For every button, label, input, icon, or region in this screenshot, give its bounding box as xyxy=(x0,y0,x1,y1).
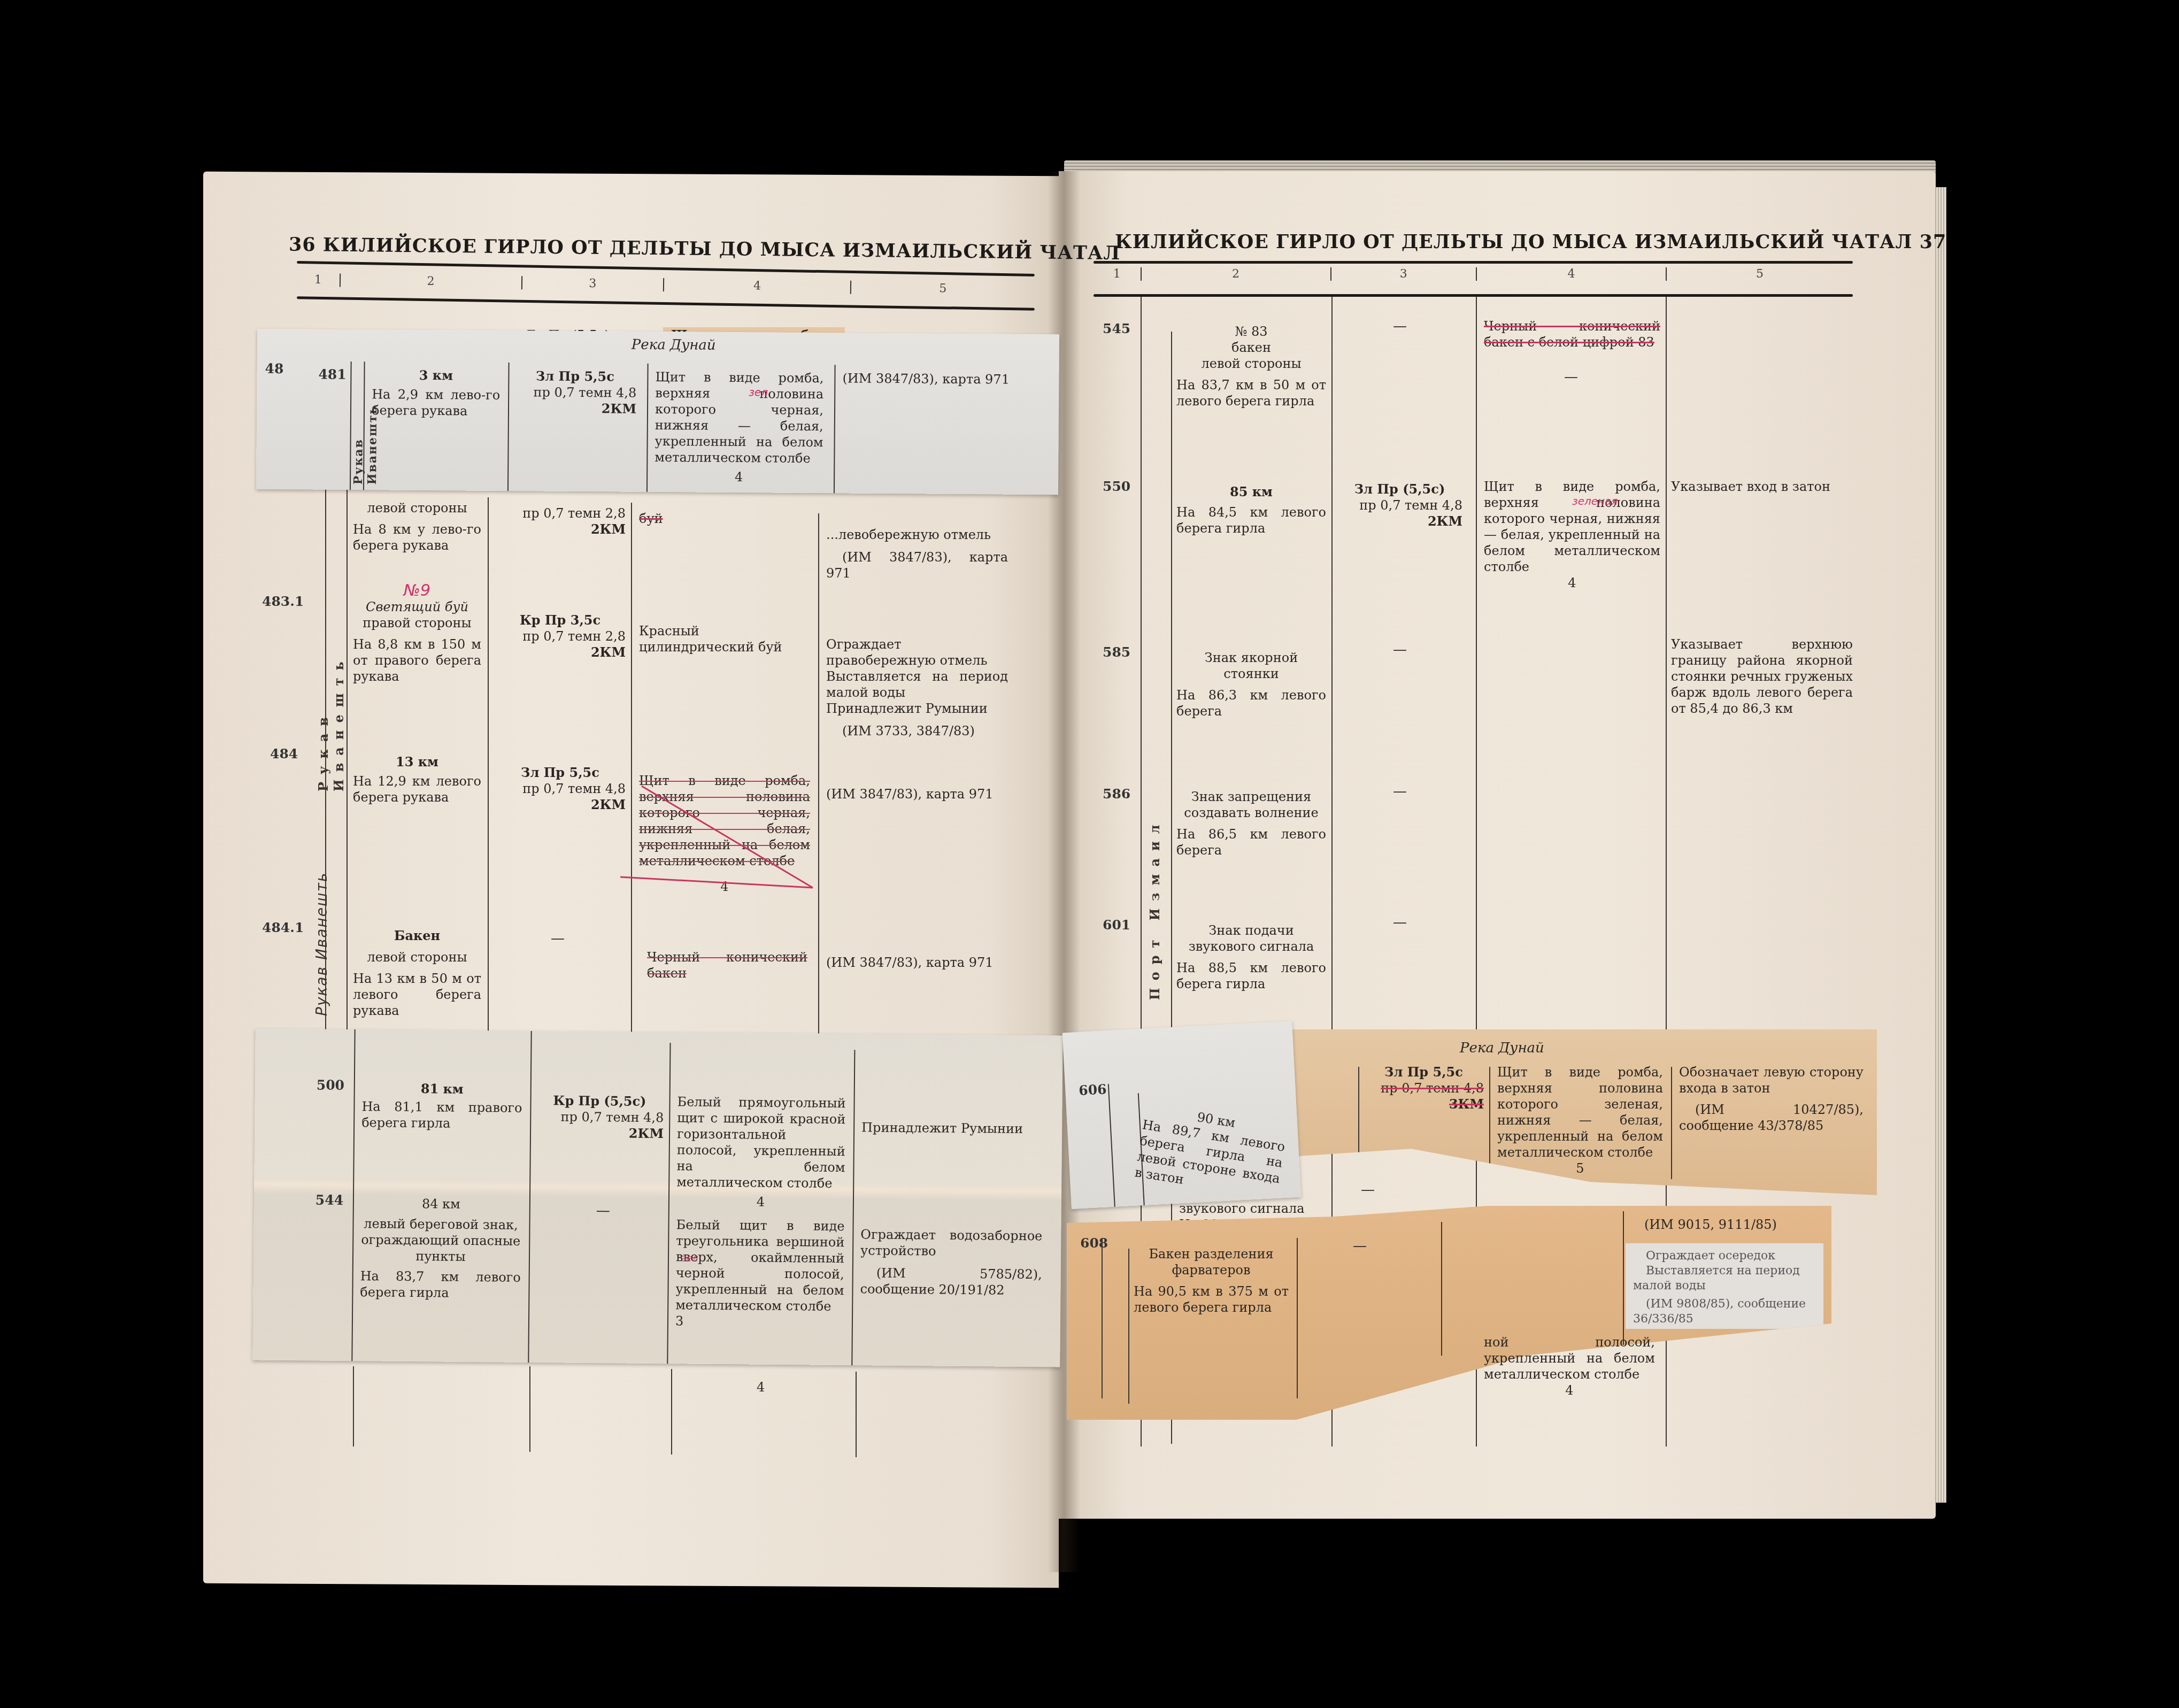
entry-550-c2: 85 км На 84,5 км левого берега гирла xyxy=(1176,484,1326,536)
entry-586-c2: Знак запрещения создавать волнение На 86… xyxy=(1176,789,1326,858)
col-num: 1 xyxy=(297,273,340,287)
col-num: 4 xyxy=(1476,267,1666,281)
text: На 12,9 км левого берега рукава xyxy=(353,773,481,805)
header-rule-bottom xyxy=(1094,294,1853,297)
text: Ограждает правобережную отмель xyxy=(826,636,1008,668)
text: Выставляется на период малой воды xyxy=(826,668,1008,701)
entry-500-c4: Белый прямоугольный щит с широкой красно… xyxy=(676,1094,846,1211)
strip-entry-c5: (ИМ 3847/83), карта 971 xyxy=(842,370,1051,388)
entry-545-c2: № 83 бакен левой стороны На 83,7 км в 50… xyxy=(1176,324,1326,409)
col-num: 2 xyxy=(1141,267,1330,281)
col-line xyxy=(834,365,836,493)
text: На 90,5 км в 375 м от левого берега гирл… xyxy=(1134,1283,1289,1315)
text: 2КМ xyxy=(495,797,626,813)
entry-number: 606 xyxy=(1079,1081,1107,1098)
col-line xyxy=(1441,1222,1442,1356)
row-cont-c2: левой стороны На 8 км у лево-го берега р… xyxy=(353,500,481,553)
text: На 83,7 км в 50 м от левого берега гирла xyxy=(1176,377,1326,409)
text: Черный конический бакен с белой цифрой 8… xyxy=(1484,319,1660,350)
text: Знак подачи звукового сигнала xyxy=(1176,922,1326,955)
text: 3 xyxy=(675,1313,844,1330)
text: 4 xyxy=(655,468,823,486)
text: На 2,9 км лево-го берега рукава xyxy=(372,386,500,419)
entry-500-c3: Кр Пр (5,5с) пр 0,7 темн 4,8 2КМ xyxy=(535,1092,664,1142)
annotation: зел xyxy=(681,1252,698,1264)
entry-484-1-c4: Черный конический бакен xyxy=(647,949,807,981)
text: Щит в виде ромба, верхняя половина котор… xyxy=(1497,1064,1663,1160)
strip-tan-c5: Обозначает левую сторону входа в затон (… xyxy=(1679,1064,1864,1134)
entry-number: 545 xyxy=(1103,321,1130,336)
header-rule-top xyxy=(1094,261,1853,264)
text: Ограждает осередок xyxy=(1633,1249,1816,1264)
entry-484-c5: (ИМ 3847/83), карта 971 xyxy=(826,786,1008,802)
text: На 8,8 км в 150 м от правого берега рука… xyxy=(353,636,481,684)
col-line xyxy=(631,503,632,1037)
text: На 81,1 км правого берега гирла xyxy=(361,1098,522,1132)
strip-tan-c3: Зл Пр 5,5с пр 0,7 темн 4,8 3КМ xyxy=(1364,1064,1484,1112)
text: пр 0,7 темн 4,8 xyxy=(1364,1080,1484,1096)
col-line xyxy=(1623,1211,1624,1345)
text: На 13 км в 50 м от левого берега рукава xyxy=(353,971,481,1019)
row-cont-c5: ...левобережную отмель (ИМ 3847/83), кар… xyxy=(826,527,1008,581)
right-page-title: КИЛИЙСКОЕ ГИРЛО ОТ ДЕЛЬТЫ ДО МЫСА ИЗМАИЛ… xyxy=(1115,231,1912,253)
strip-tan-c4: Щит в виде ромба, верхняя половина котор… xyxy=(1497,1064,1663,1176)
pasted-correction-strip-bottom: 500 81 км На 81,1 км правого берега гирл… xyxy=(252,1028,1062,1367)
text: 2КМ xyxy=(513,400,636,417)
col-line xyxy=(671,1369,672,1455)
text: ной полосой, укрепленный на белом металл… xyxy=(1484,1334,1655,1382)
right-running-head: КИЛИЙСКОЕ ГИРЛО ОТ ДЕЛЬТЫ ДО МЫСА ИЗМАИЛ… xyxy=(1115,231,1946,253)
entry-585-c5: Указывает верхнюю границу района якорной… xyxy=(1671,636,1853,717)
right-column-numbers: 1 2 3 4 5 xyxy=(1094,267,1853,281)
strip-label: Река Дунай xyxy=(1460,1040,1544,1056)
text: Зл Пр 5,5с xyxy=(1384,1064,1463,1080)
text: (ИМ 10427/85), сообщение 43/378/85 xyxy=(1679,1102,1864,1134)
text: 3 км xyxy=(372,367,500,384)
dash: — xyxy=(1393,642,1407,658)
text: 2КМ xyxy=(495,521,626,537)
col-line xyxy=(1128,1249,1129,1404)
entry-483-1-c5: Ограждает правобережную отмель Выставляе… xyxy=(826,636,1008,739)
text: ...левобережную отмель xyxy=(826,527,1008,543)
col-line xyxy=(646,364,649,492)
annotation: №9 xyxy=(353,583,481,599)
entry-601-c2: Знак подачи звукового сигнала На 88,5 км… xyxy=(1176,922,1326,992)
text: буй xyxy=(639,511,663,526)
entry-484-c2: 13 км На 12,9 км левого берега рукава xyxy=(353,754,481,805)
text: Щит в виде ромба, верхняя половина котор… xyxy=(655,369,823,466)
below-strip-c4: ной полосой, укрепленный на белом металл… xyxy=(1484,1334,1655,1398)
dash: — xyxy=(1393,914,1407,930)
col-line xyxy=(856,1372,857,1457)
text: Знак якорной стоянки xyxy=(1176,650,1326,682)
dash: — xyxy=(1361,1182,1375,1198)
text: пр 0,7 темн 2,8 xyxy=(495,628,626,644)
page-edge xyxy=(1934,187,1946,1503)
entry-number: 586 xyxy=(1103,786,1130,802)
text: левой стороны xyxy=(353,949,481,965)
entry-544-c5: Ограждает водозаборное устройство (ИМ 57… xyxy=(860,1226,1042,1298)
entry-484-c3: Зл Пр 5,5с пр 0,7 темн 4,8 2КМ xyxy=(495,765,626,813)
text: пр 0,7 темн 4,8 xyxy=(513,384,636,401)
text: (ИМ 3733, 3847/83) xyxy=(826,723,1008,739)
entry-544-c4: Белый щит в виде треугольника вершиной в… xyxy=(675,1217,845,1330)
col-num: 4 xyxy=(663,278,850,294)
entry-number: 585 xyxy=(1103,644,1130,660)
entry-483-1-c4: Красный цилиндрический буй xyxy=(639,623,810,655)
left-page-number: 36 xyxy=(289,234,316,256)
entry-number: 601 xyxy=(1103,917,1130,933)
col-line xyxy=(353,1366,354,1447)
text: На 8 км у лево-го берега рукава xyxy=(353,521,481,553)
col-line xyxy=(1671,1067,1672,1179)
col-line xyxy=(1102,1238,1103,1398)
text: 85 км xyxy=(1176,484,1326,500)
col-num: 3 xyxy=(1330,267,1476,281)
col-num: 1 xyxy=(1094,267,1141,281)
text: Белый прямоугольный щит с широкой красно… xyxy=(676,1094,846,1191)
text: 13 км xyxy=(353,754,481,770)
dash: — xyxy=(1353,1238,1367,1254)
entry-500-c5: Принадлежит Румынии xyxy=(861,1119,1043,1137)
text: Белый щит в виде треугольника вершиной в… xyxy=(675,1217,845,1314)
strip-608-c2: Бакен разделения фарватеров На 90,5 км в… xyxy=(1134,1246,1289,1315)
strip-entry-c4: Щит в виде ромба, верхняя половина котор… xyxy=(655,369,824,486)
text: левой стороны xyxy=(1176,356,1326,372)
entry-483-1-c3: Кр Пр 3,5с пр 0,7 темн 2,8 2КМ xyxy=(495,612,626,660)
text: Бакен разделения фарватеров xyxy=(1134,1246,1289,1278)
dash: — xyxy=(1393,318,1407,334)
text: 2КМ xyxy=(535,1125,664,1142)
entry-number: 500 xyxy=(317,1077,344,1092)
col-num: 5 xyxy=(1666,267,1853,281)
strip-entry-c2: 3 км На 2,9 км лево-го берега рукава xyxy=(372,367,501,419)
text: пр 0,7 темн 4,8 xyxy=(535,1109,664,1126)
text: 4 xyxy=(1484,575,1660,591)
text: 2КМ xyxy=(495,644,626,660)
annotation: зеленая xyxy=(1572,495,1618,507)
text: 81 км xyxy=(362,1080,522,1098)
col-line xyxy=(1297,1238,1298,1398)
strip-608-inset: Ограждает осередок Выставляется на перио… xyxy=(1626,1243,1823,1329)
entry-number: 550 xyxy=(1103,479,1130,494)
col-line xyxy=(488,497,489,1037)
text: звукового сигнала xyxy=(1179,1201,1318,1217)
entry-number: 484.1 xyxy=(262,920,304,935)
text: 4 xyxy=(1484,1382,1655,1398)
text: Светящий буй xyxy=(353,599,481,615)
col-line xyxy=(351,1029,355,1361)
col-num: 2 xyxy=(339,273,521,289)
col-line xyxy=(507,363,510,491)
entry-500-c2: 81 км На 81,1 км правого берега гирла xyxy=(361,1080,522,1132)
text: пр 0,7 темн 4,8 xyxy=(495,781,626,797)
entry-number: 483.1 xyxy=(262,594,304,609)
col-line xyxy=(529,1366,530,1452)
text: Бакен xyxy=(353,928,481,944)
text: Черный конический бакен xyxy=(647,950,807,981)
text: правой стороны xyxy=(353,615,481,631)
vertical-section-label: Рукав Иванешть xyxy=(315,567,347,791)
text: (ИМ 9808/85), сообщение 36/336/85 xyxy=(1633,1297,1816,1327)
entry-585-c2: Знак якорной стоянки На 86,3 км левого б… xyxy=(1176,650,1326,719)
text: (ИМ 3847/83), карта 971 xyxy=(826,549,1008,581)
entry-544-c2: 84 км левый береговой знак, ограждающий … xyxy=(360,1195,521,1302)
text: (ИМ 5785/82), сообщение 20/191/82 xyxy=(860,1265,1042,1298)
text: Знак запрещения создавать волнение xyxy=(1176,789,1326,821)
dash: — xyxy=(551,930,565,947)
entry-number: 544 xyxy=(315,1192,343,1207)
text: левой стороны xyxy=(353,500,481,516)
text: Щит в виде ромба, верхняя половина котор… xyxy=(1484,479,1660,575)
text: бакен xyxy=(1176,340,1326,356)
text: пр 0,7 темн 2,8 xyxy=(495,505,626,521)
text: Зл Пр 5,5с xyxy=(513,368,636,385)
col-line xyxy=(1489,1067,1490,1179)
entry-550-c3: Зл Пр (5,5с) пр 0,7 темн 4,8 2КМ xyxy=(1337,481,1462,529)
entry-number: 481 xyxy=(318,367,346,382)
text: пр 0,7 темн 4,8 xyxy=(1337,497,1462,513)
col-line xyxy=(528,1031,532,1363)
text: Обозначает левую сторону входа в затон xyxy=(1679,1064,1864,1096)
pasted-correction-strip-606: 606 90 км На 89,7 км левого берега гирла… xyxy=(1062,1021,1302,1209)
text: Ограждает водозаборное устройство xyxy=(860,1226,1043,1260)
col-line xyxy=(818,513,819,1037)
pasted-correction-strip-top: Река Дунай 48 481 Рукав Иванешть 3 км На… xyxy=(256,329,1059,495)
entry-number: 484 xyxy=(270,746,298,761)
col-line xyxy=(1108,1084,1115,1207)
number-fragment: 48 xyxy=(265,361,283,376)
strip-606-c2: 90 км На 89,7 км левого берега гирла на … xyxy=(1134,1101,1289,1202)
text: 3КМ xyxy=(1364,1096,1484,1112)
text: На 88,5 км левого берега гирла xyxy=(1176,960,1326,992)
vertical-section-label: Порт Измаил xyxy=(1147,797,1162,1000)
text: левый береговой знак, ограждающий опасны… xyxy=(360,1215,521,1265)
text: На 86,3 км левого берега xyxy=(1176,687,1326,719)
dash: — xyxy=(1393,783,1407,799)
entry-484-1-c2: Бакен левой стороны На 13 км в 50 м от л… xyxy=(353,928,481,1019)
text: Принадлежит Румынии xyxy=(826,701,1008,717)
right-page-number: 37 xyxy=(1920,231,1947,253)
text: Кр Пр 3,5с xyxy=(495,612,626,628)
text: Кр Пр (5,5с) xyxy=(535,1092,664,1110)
text: Зл Пр (5,5с) xyxy=(1337,481,1462,497)
col-line xyxy=(851,1050,855,1365)
text: Зл Пр 5,5с xyxy=(495,765,626,781)
pink-cross-out-lines xyxy=(620,781,823,909)
col-line xyxy=(1358,1067,1359,1163)
strip-label: Река Дунай xyxy=(632,337,716,353)
col-num: 5 xyxy=(850,281,1035,297)
text: 4 xyxy=(676,1193,845,1211)
row-cont-c4: буй xyxy=(639,511,663,527)
col-line xyxy=(347,481,348,1037)
col-num: 3 xyxy=(521,276,663,291)
text: № 83 xyxy=(1176,324,1326,340)
annotation: зел xyxy=(749,386,768,398)
entry-483-1-c2: №9 Светящий буй правой стороны На 8,8 км… xyxy=(353,583,481,684)
strip-entry-c3: Зл Пр 5,5с пр 0,7 темн 4,8 2КМ xyxy=(513,368,637,417)
row-cont-c3: пр 0,7 темн 2,8 2КМ xyxy=(495,505,626,537)
strip-608-ref: (ИМ 9015, 9111/85) xyxy=(1644,1217,1805,1233)
text: На 83,7 км левого берега гирла xyxy=(360,1268,521,1302)
text: На 86,5 км левого берега xyxy=(1176,826,1326,858)
entry-545-c4: Черный конический бакен с белой цифрой 8… xyxy=(1484,318,1660,350)
text: 84 км xyxy=(361,1195,521,1213)
dash: — xyxy=(596,1203,610,1219)
dash: — xyxy=(1564,369,1578,385)
text: Выставляется на период малой воды xyxy=(1633,1264,1816,1294)
text: 2КМ xyxy=(1337,513,1462,529)
text: На 84,5 км левого берега гирла xyxy=(1176,504,1326,536)
entry-484-1-c5: (ИМ 3847/83), карта 971 xyxy=(826,955,1008,971)
entry-number: 608 xyxy=(1080,1235,1108,1251)
entry-550-c5: Указывает вход в затон xyxy=(1671,479,1853,495)
col-line xyxy=(667,1043,671,1364)
column-4-height-below: 4 xyxy=(757,1380,765,1395)
handwritten-section-label: Рукав Иванешть xyxy=(313,813,330,1016)
